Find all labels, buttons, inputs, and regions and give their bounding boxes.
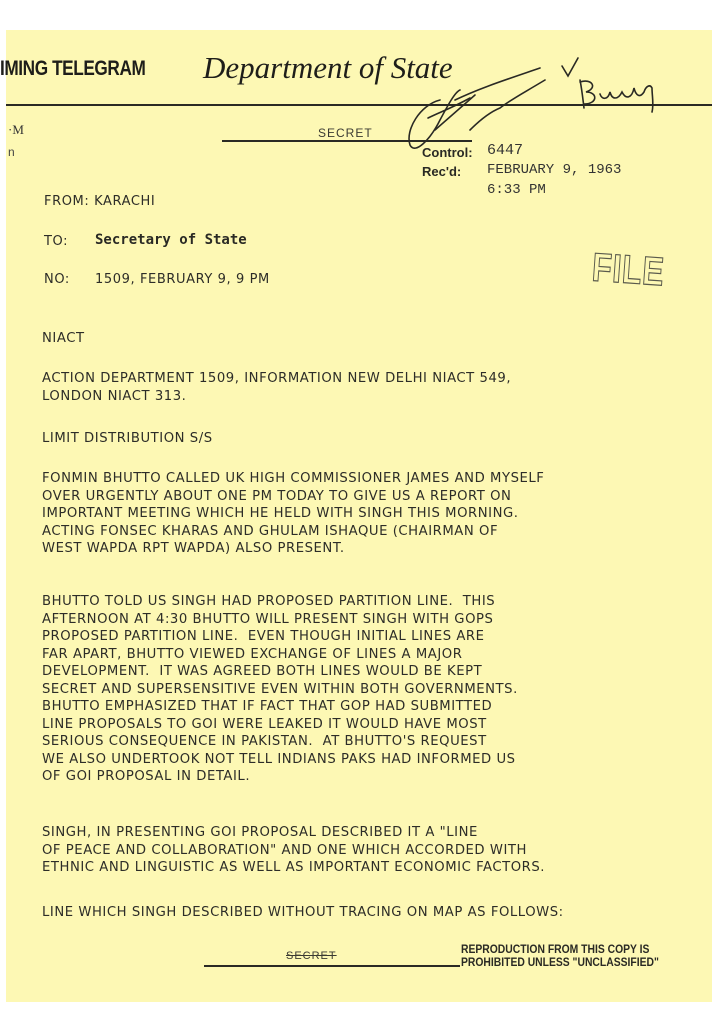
to-recipient: Secretary of State (95, 232, 247, 248)
from-line: FROM: KARACHI (44, 194, 155, 209)
department-heading: Department of State (203, 50, 453, 86)
paragraph-1: FONMIN BHUTTO CALLED UK HIGH COMMISSIONE… (42, 470, 662, 558)
classification-rule-bottom (204, 965, 460, 967)
paragraph-3: SINGH, IN PRESENTING GOI PROPOSAL DESCRI… (42, 824, 662, 877)
received-time: 6:33 PM (487, 182, 546, 198)
classification-top: SECRET (318, 126, 373, 140)
paragraph-4: LINE WHICH SINGH DESCRIBED WITHOUT TRACI… (42, 904, 662, 922)
control-label: Control: (422, 145, 473, 160)
message-number: 1509, FEBRUARY 9, 9 PM (95, 272, 270, 287)
file-stamp: FILE (591, 246, 666, 296)
classification-bottom: SECRET (286, 950, 337, 962)
control-number: 6447 (487, 142, 523, 159)
reproduction-notice: REPRODUCTION FROM THIS COPY IS PROHIBITE… (461, 944, 659, 970)
received-label: Rec'd: (422, 164, 461, 179)
number-label: NO: (44, 272, 70, 287)
received-date: FEBRUARY 9, 1963 (487, 162, 621, 178)
margin-mark-n: n (8, 145, 15, 159)
action-line: ACTION DEPARTMENT 1509, INFORMATION NEW … (42, 370, 662, 405)
margin-mark-m: ·M (8, 122, 24, 138)
classification-rule-top (222, 140, 472, 142)
to-label: TO: (44, 234, 68, 249)
paragraph-2: BHUTTO TOLD US SINGH HAD PROPOSED PARTIT… (42, 593, 662, 786)
precedence: NIACT (42, 330, 662, 348)
form-title: IMING TELEGRAM (0, 57, 145, 81)
header-rule (6, 104, 712, 106)
distribution-line: LIMIT DISTRIBUTION S/S (42, 430, 662, 448)
